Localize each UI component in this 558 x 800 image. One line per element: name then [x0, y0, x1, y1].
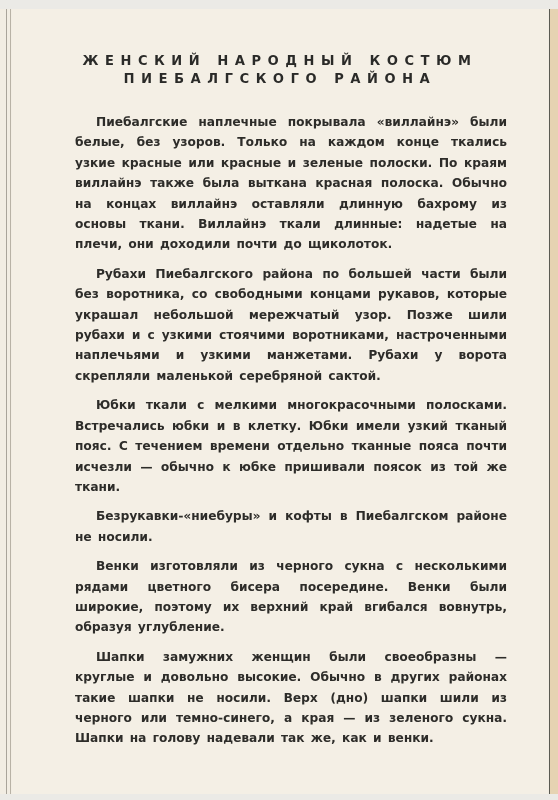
scan-bottom-margin	[0, 794, 558, 800]
binding-fold-line	[10, 9, 11, 800]
paragraph-skirts: Юбки ткали с мелкими многокрасочными пол…	[75, 395, 507, 497]
paragraph-caps: Шапки замужних женщин были своеобразны —…	[75, 647, 507, 749]
document-body: Пиебалгские наплечные покрывала «виллайн…	[75, 112, 507, 758]
paragraph-shawls: Пиебалгские наплечные покрывала «виллайн…	[75, 112, 507, 255]
scanned-page: ЖЕНСКИЙ НАРОДНЫЙ КОСТЮМ ПИЕБАЛГСКОГО РАЙ…	[0, 0, 558, 800]
title-line-2: ПИЕБАЛГСКОГО РАЙОНА	[12, 71, 548, 89]
scan-top-margin	[0, 0, 558, 9]
paragraph-vests: Безрукавки-«ниебуры» и кофты в Пиебалгск…	[75, 506, 507, 547]
document-page: ЖЕНСКИЙ НАРОДНЫЙ КОСТЮМ ПИЕБАЛГСКОГО РАЙ…	[12, 9, 548, 794]
document-title: ЖЕНСКИЙ НАРОДНЫЙ КОСТЮМ ПИЕБАЛГСКОГО РАЙ…	[12, 53, 548, 89]
title-line-1: ЖЕНСКИЙ НАРОДНЫЙ КОСТЮМ	[12, 53, 548, 71]
binding-fold-line	[6, 9, 7, 800]
paragraph-wreaths: Венки изготовляли из черного сукна с нес…	[75, 556, 507, 638]
paragraph-shirts: Рубахи Пиебалгского района по большей ча…	[75, 264, 507, 386]
page-right-edge	[549, 9, 558, 794]
